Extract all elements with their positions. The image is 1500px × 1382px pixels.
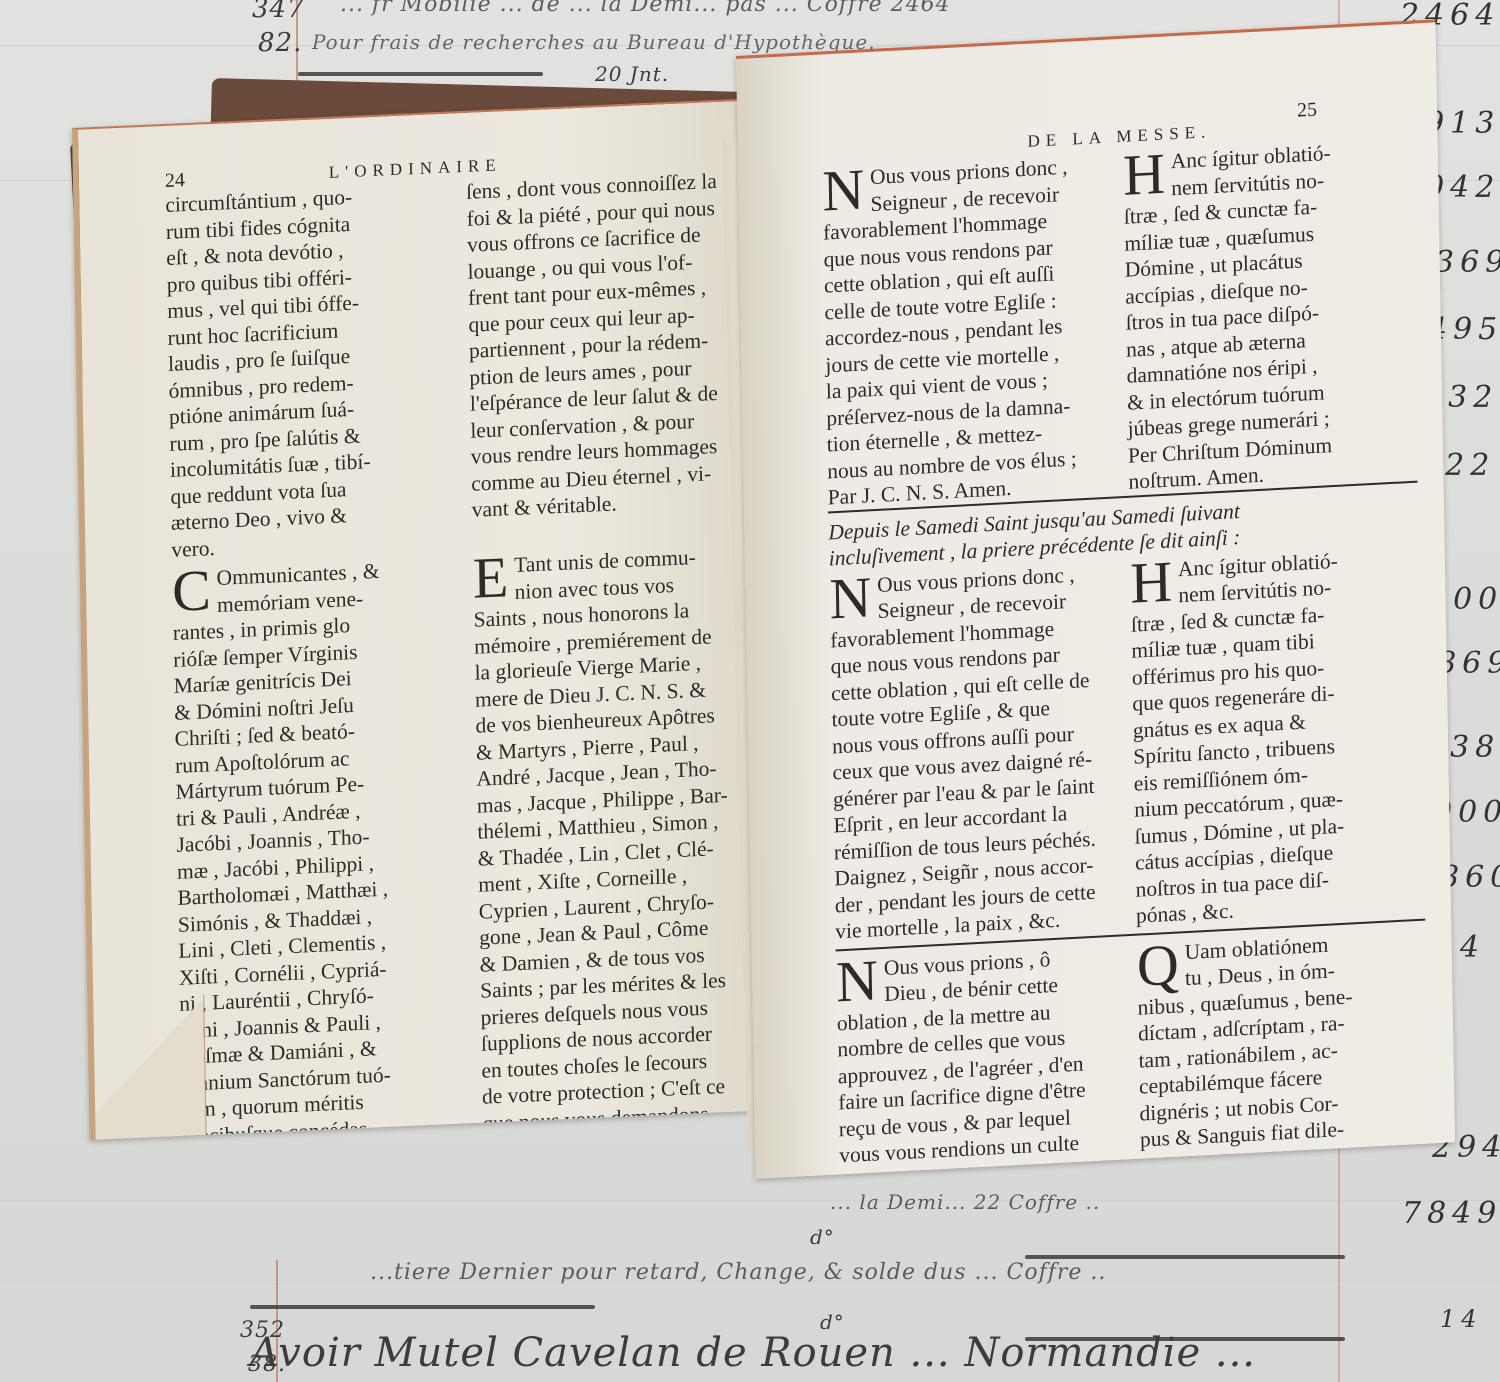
latin-column: Q Uam oblatiónemtu , Deus , in óm-nibus … — [1137, 926, 1430, 1179]
right-page-text: N Ous vous prions donc ,Seigneur , de re… — [822, 136, 1430, 1179]
ledger-divider — [250, 1305, 595, 1309]
french-column: N Ous vous prions , ôDieu , de bénir cet… — [836, 942, 1129, 1179]
dropcap-q: Q — [1137, 941, 1180, 989]
french-column: N Ous vous prions donc ,Seigneur , de re… — [822, 151, 1117, 511]
left-page-text: circumſtántium , quo-rum tibi fides cógn… — [165, 166, 773, 1140]
dropcap-h: H — [1123, 151, 1166, 199]
ledger-line: ...tiere Dernier pour retard, Change, & … — [370, 1260, 1106, 1285]
latin-column: C Ommunicantes , &memóriam vene-rantes ,… — [172, 554, 472, 1140]
section-hanc-igitur: N Ous vous prions donc ,Seigneur , de re… — [822, 136, 1418, 511]
dropcap-n: N — [822, 166, 865, 214]
ledger-line: Pour frais de recherches au Bureau d'Hyp… — [312, 30, 876, 54]
french-column: E Tant unis de commu-nion avec tous vosS… — [472, 541, 772, 1140]
ledger-number: 352 — [240, 1318, 285, 1343]
book-page-right: DE LA MESSE. 25 N Ous vous prions donc ,… — [736, 19, 1455, 1178]
latin-column: H Anc ígitur oblatió-nem ſervitútis no-ſ… — [1123, 136, 1418, 496]
ledger-line: ... la Demi... 22 Coffre .. — [830, 1190, 1100, 1214]
ledger-divider — [1025, 1255, 1345, 1259]
ledger-line: ... fr Mobilié ... de ... la Demi... pas… — [340, 0, 951, 17]
ledger-amount: 4 — [1460, 930, 1500, 965]
page-number: 24 — [165, 169, 185, 193]
ledger-amount: 369 — [1435, 245, 1500, 280]
dropcap-e: E — [473, 554, 509, 602]
book-page-left: 24 L'ORDINAIRE circumſtántium , quo-rum … — [72, 97, 795, 1140]
folded-page-corner — [93, 995, 206, 1140]
section-communicantes-preface: circumſtántium , quo-rum tibi fides cógn… — [165, 166, 761, 536]
latin-column: H Anc ígitur oblatió-nem ſervitútis no-ſ… — [1130, 543, 1425, 929]
section-quam-oblationem: N Ous vous prions , ôDieu , de bénir cet… — [836, 926, 1430, 1179]
dropcap-n: N — [829, 574, 872, 622]
photo-scene: 347 82. ... fr Mobilié ... de ... la Dem… — [0, 0, 1500, 1382]
ledger-amount: 7849 — [1402, 1196, 1500, 1231]
ledger-number: 347 — [252, 0, 305, 24]
section-hanc-igitur-easter: N Ous vous prions donc ,Seigneur , de re… — [829, 543, 1425, 945]
ledger-line: Avoir Mutel Cavelan de Rouen ... Normand… — [250, 1330, 1256, 1376]
ledger-line: 20 Jnt. — [595, 62, 669, 86]
french-column: ſens , dont vous connoiſſez lafoi & la p… — [466, 166, 761, 523]
ledger-line: d° — [810, 1225, 835, 1249]
dropcap-c: C — [172, 567, 211, 615]
page-number: 25 — [1297, 99, 1317, 123]
ledger-number: 82. — [258, 28, 302, 58]
dropcap-n: N — [836, 957, 879, 1005]
ledger-divider — [298, 72, 543, 76]
section-communicantes: C Ommunicantes , &memóriam vene-rantes ,… — [172, 541, 773, 1140]
dropcap-h: H — [1130, 558, 1173, 606]
ledger-number: 38. — [248, 1352, 286, 1377]
latin-column: circumſtántium , quo-rum tibi fides cógn… — [165, 179, 460, 536]
ledger-amount: 14 — [1440, 1305, 1500, 1333]
french-column: N Ous vous prions donc ,Seigneur , de re… — [829, 559, 1124, 945]
